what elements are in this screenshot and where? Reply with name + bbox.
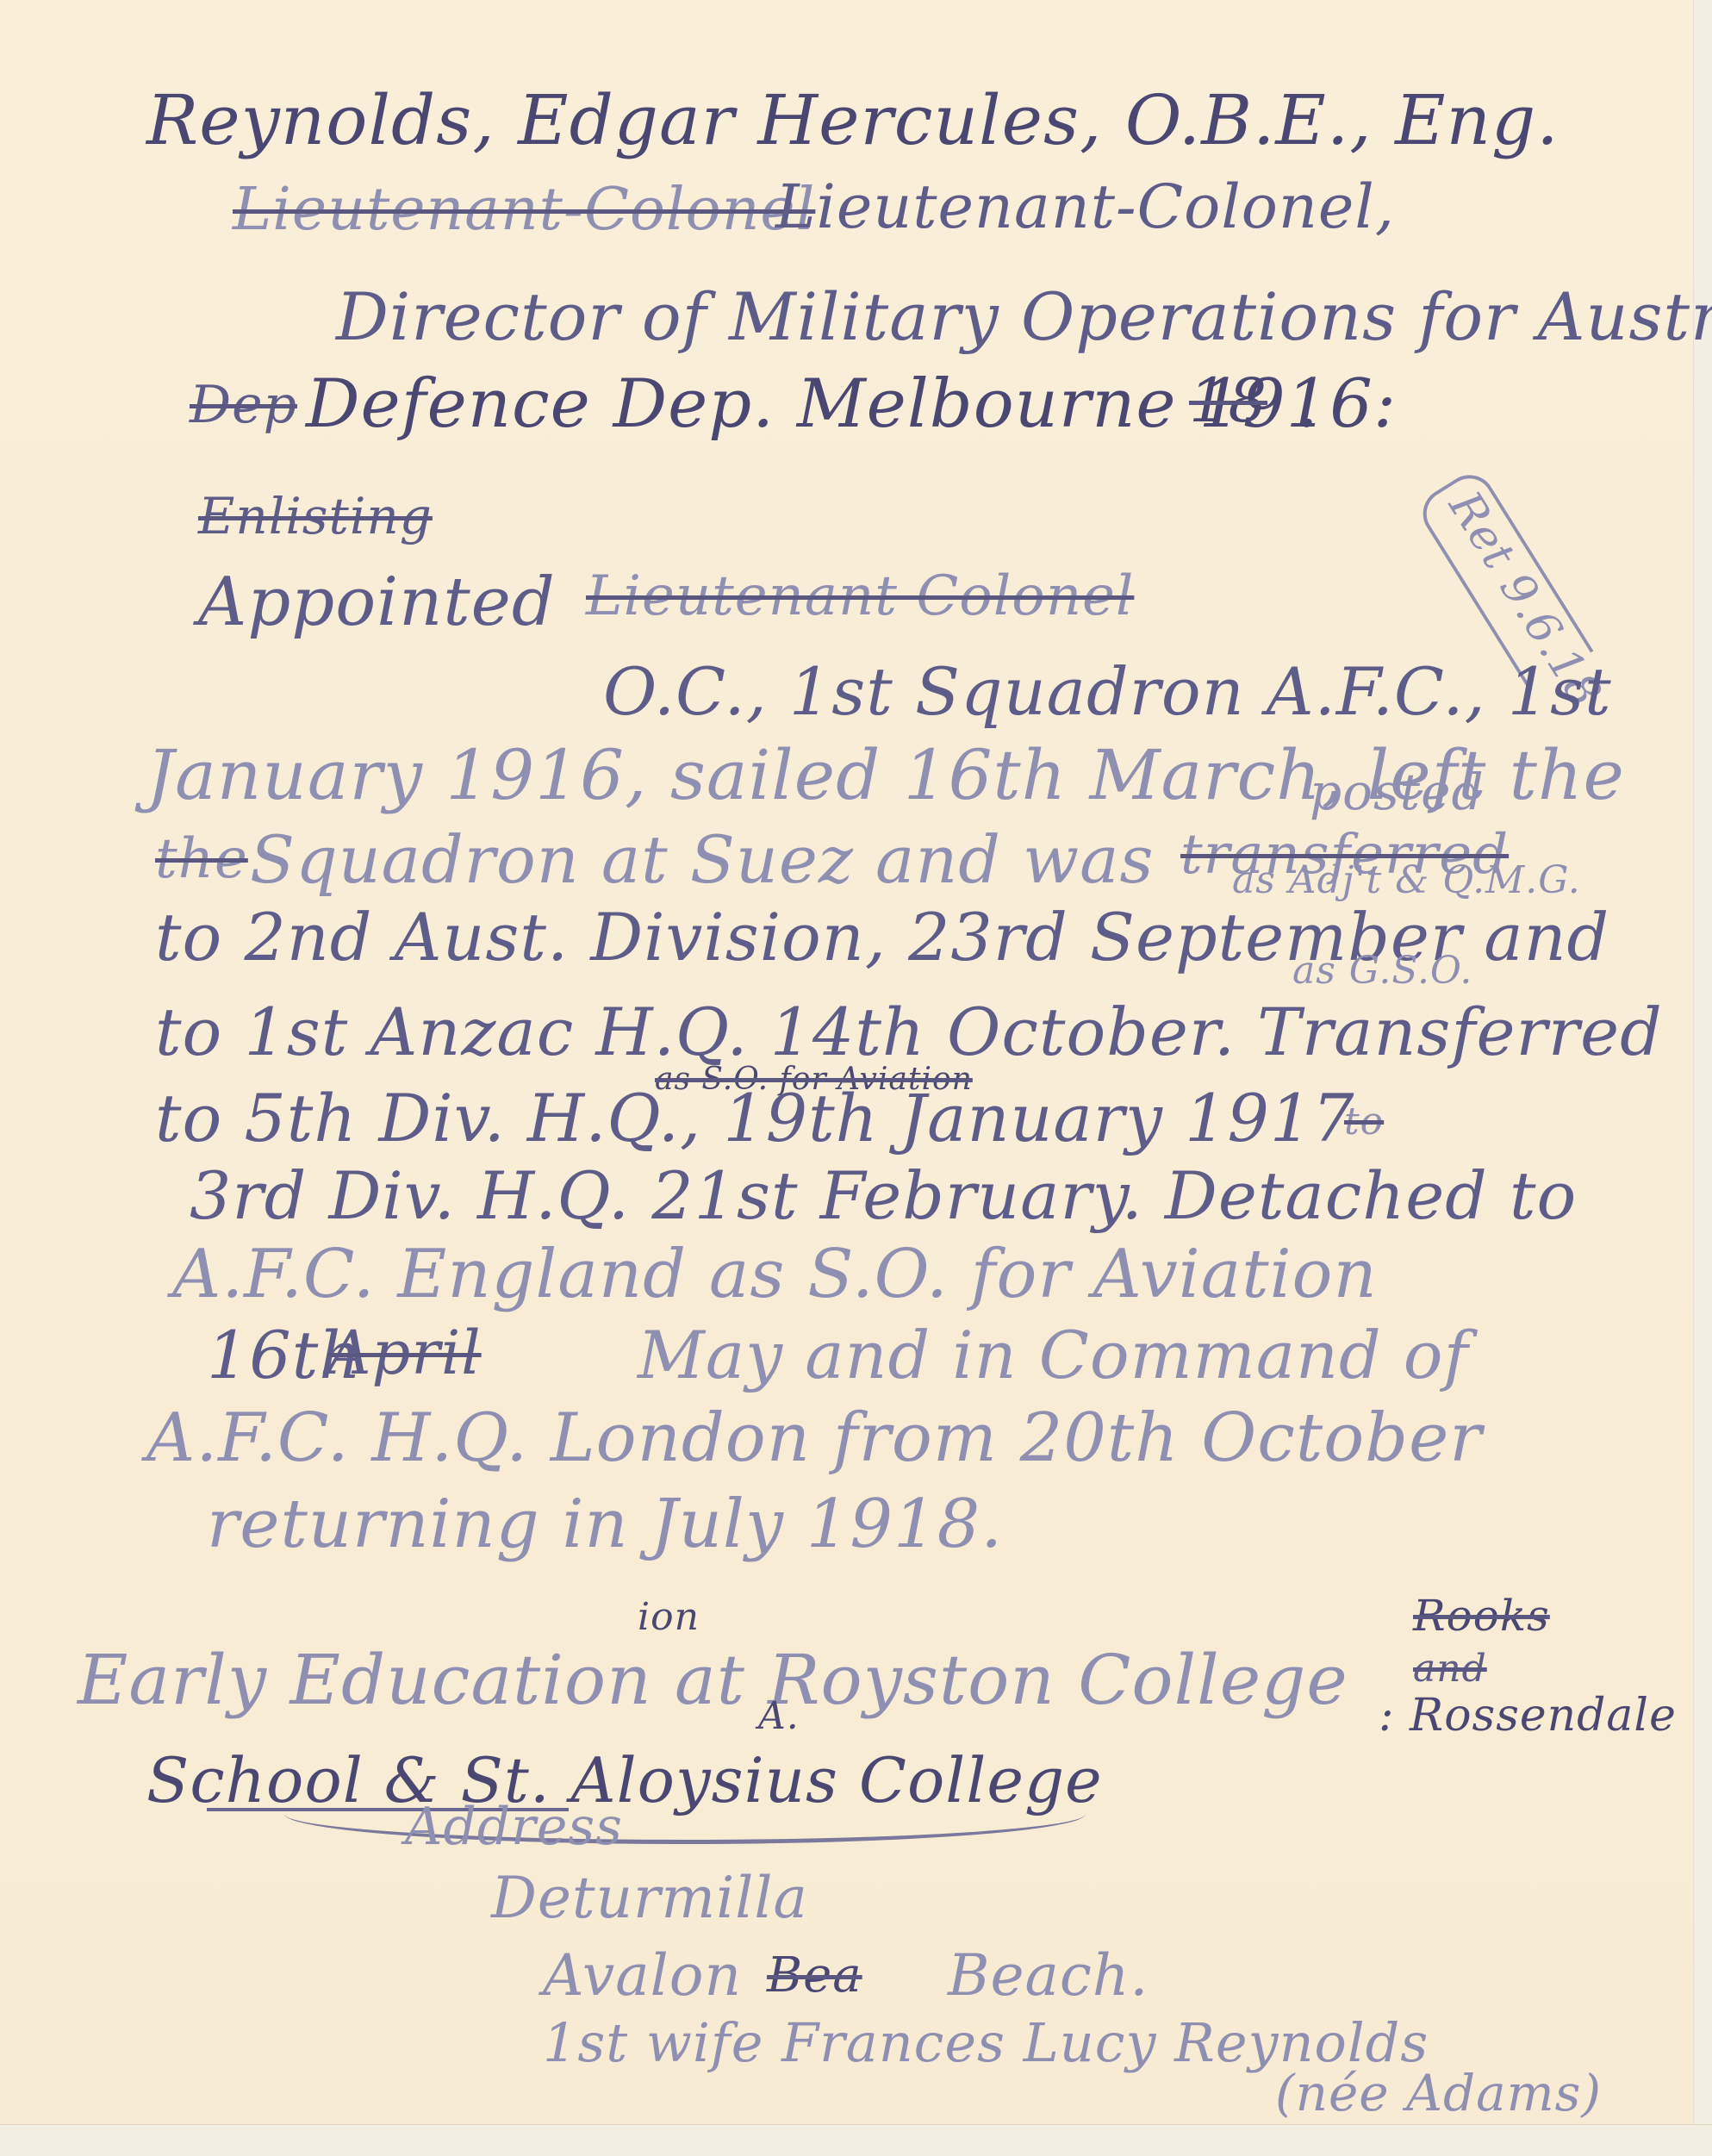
address-line-1: Deturmilla: [491, 1870, 808, 1927]
line-returning: returning in July 1918.: [207, 1491, 1003, 1558]
struck-to: to: [1344, 1103, 1384, 1141]
line-squadron: Squadron at Suez and was: [250, 827, 1154, 893]
address-line-2-post: Beach.: [948, 1947, 1149, 2004]
education-line-2: School & St. Aloysius College: [146, 1749, 1103, 1811]
education-rossendale: : Rossendale: [1379, 1693, 1677, 1738]
education-struck-rooks: Rooks: [1413, 1594, 1550, 1637]
line-afc-hq: A.F.C. H.Q. London from 20th October: [146, 1405, 1483, 1472]
heading-name: Reynolds, Edgar Hercules, O.B.E., Eng.: [146, 86, 1559, 155]
education-struck-and: and: [1413, 1650, 1487, 1688]
line-anzac: to 1st Anzac H.Q. 14th October. Transfer…: [155, 1000, 1663, 1065]
line-5th-div: to 5th Div. H.Q., 19th January 1917: [155, 1086, 1355, 1151]
heading-struck-prefix: Dep: [190, 379, 297, 431]
line-afc-england: A.F.C. England as S.O. for Aviation: [172, 1241, 1378, 1308]
line-3rd-div: 3rd Div. H.Q. 21st February. Detached to: [190, 1163, 1577, 1229]
line-squadron-struck: the: [155, 832, 248, 887]
address-label: Address: [405, 1801, 623, 1853]
heading-struck-rank: Lieutenant-Colonel: [233, 181, 815, 240]
scan-edge-bottom: [0, 2124, 1712, 2156]
address-line-2-pre: Avalon: [543, 1947, 742, 2004]
heading-rank: Lieutenant-Colonel,: [775, 177, 1395, 237]
education-insert-caret: A.: [758, 1698, 800, 1735]
struck-enlisting: Enlisting: [198, 491, 433, 541]
line-16th-may-post: May and in Command of: [638, 1323, 1469, 1388]
insert-gso: as G.S.O.: [1292, 952, 1472, 990]
heading-position: Director of Military Operations for Aust…: [336, 284, 1712, 350]
heading-struck-suffix: 18: [1189, 371, 1267, 431]
heading-end-mark: .: [1297, 371, 1319, 438]
line-16th-may-struck: April: [327, 1323, 482, 1383]
appointed-label: Appointed: [198, 569, 556, 636]
address-line-2-struck: Bea: [767, 1952, 862, 2000]
education-insert-ion: ion: [638, 1598, 700, 1636]
insert-adj-qmg: as Adj't & Q.M.G.: [1232, 862, 1581, 900]
insert-posted: posted: [1310, 767, 1485, 817]
education-line-1: Early Education at Royston College: [78, 1646, 1348, 1715]
line-oc: O.C., 1st Squadron A.F.C., 1st: [603, 659, 1612, 725]
address-nee: (née Adams): [1275, 2068, 1602, 2118]
struck-appointed-rank: Lieutenant Colonel: [586, 569, 1134, 624]
address-wife: 1st wife Frances Lucy Reynolds: [543, 2016, 1429, 2070]
